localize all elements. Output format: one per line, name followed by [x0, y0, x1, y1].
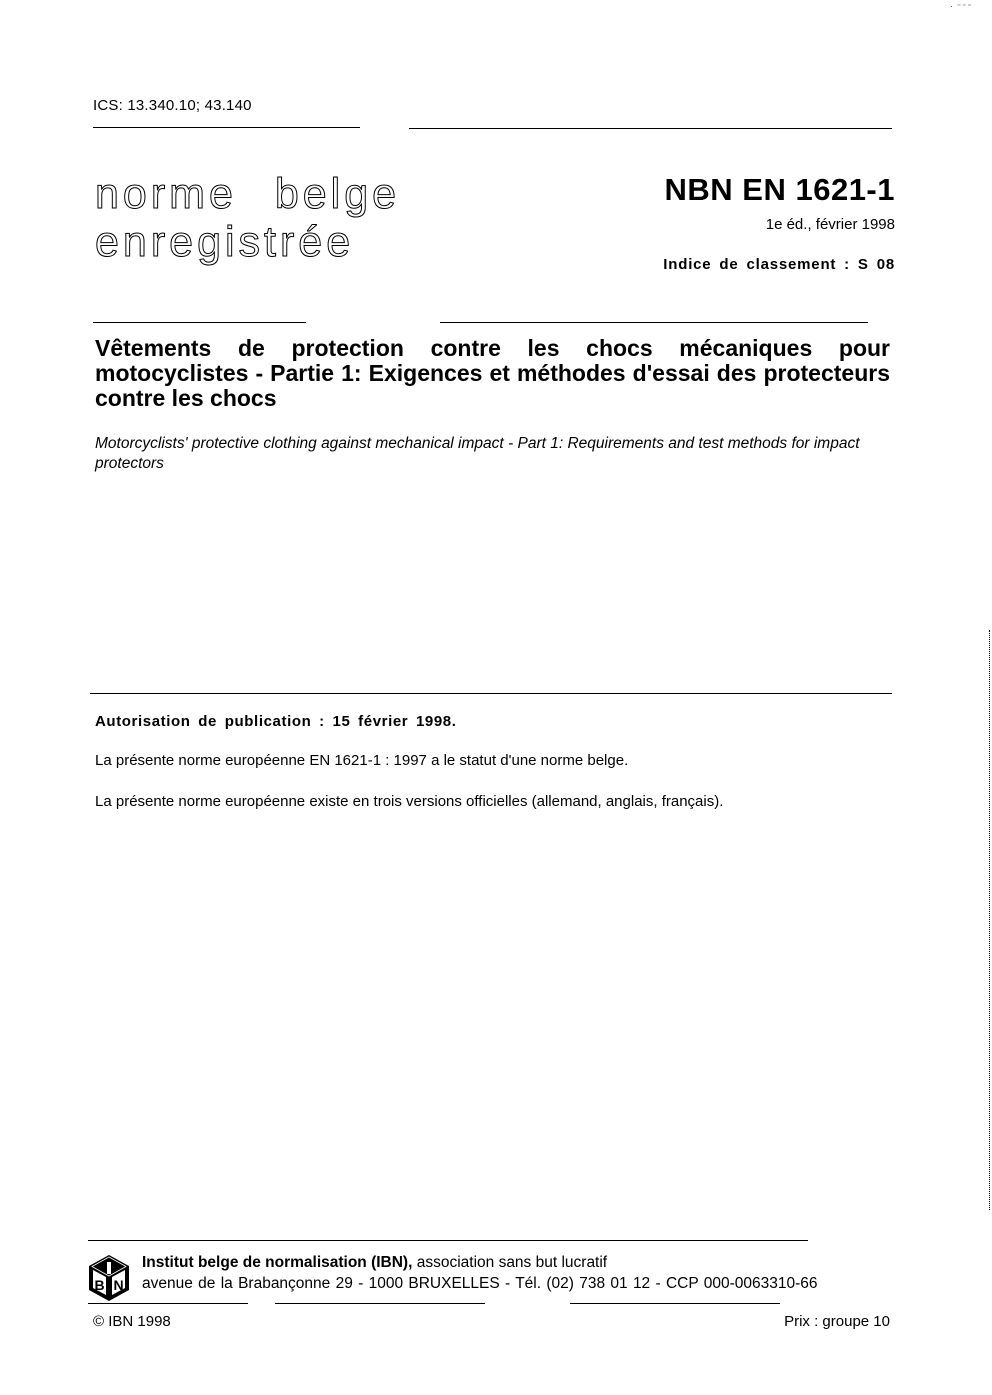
standard-number: NBN EN 1621-1 [665, 172, 895, 208]
svg-text:N: N [113, 1277, 123, 1293]
document-title-english: Motorcyclists' protective clothing again… [95, 434, 895, 474]
institute-address: avenue de la Brabançonne 29 - 1000 BRUXE… [142, 1275, 817, 1293]
enregistree-heading: enregistrée [95, 218, 354, 266]
ics-code: ICS: 13.340.10; 43.140 [93, 97, 252, 114]
versions-paragraph: La présente norme européenne existe en t… [95, 793, 723, 810]
institute-description: association sans but lucratif [412, 1254, 607, 1271]
svg-text:B: B [94, 1277, 104, 1293]
divider-footer-bottom-3 [570, 1303, 780, 1304]
divider-footer-bottom-1 [88, 1303, 248, 1304]
divider-title-right [440, 322, 868, 323]
publication-label: Autorisation de publication : [95, 713, 333, 730]
divider-title-left [93, 322, 306, 323]
divider-top-right [409, 128, 892, 129]
divider-footer-bottom-2 [275, 1303, 485, 1304]
copyright: © IBN 1998 [93, 1313, 171, 1330]
scan-artifact: · ⁻⁻⁻ [950, 2, 973, 11]
edition-date: 1e éd., février 1998 [766, 216, 895, 233]
divider-footer-top [88, 1240, 808, 1241]
institute-line: Institut belge de normalisation (IBN), a… [142, 1254, 607, 1272]
norme-belge-heading: norme belge [95, 170, 400, 218]
publication-authorization: Autorisation de publication : 15 février… [95, 713, 457, 730]
ibn-cube-logo-icon: B N [88, 1254, 130, 1302]
divider-top-left [93, 127, 360, 128]
divider-publication [90, 693, 892, 694]
classification-index: Indice de classement : S 08 [663, 256, 895, 273]
price-group: Prix : groupe 10 [784, 1313, 890, 1330]
publication-date: 15 février 1998. [333, 713, 457, 730]
institute-name: Institut belge de normalisation (IBN), [142, 1254, 412, 1271]
status-paragraph: La présente norme européenne EN 1621-1 :… [95, 752, 628, 769]
document-title-french: Vêtements de protection contre les chocs… [95, 336, 890, 411]
scan-edge [989, 630, 990, 1210]
